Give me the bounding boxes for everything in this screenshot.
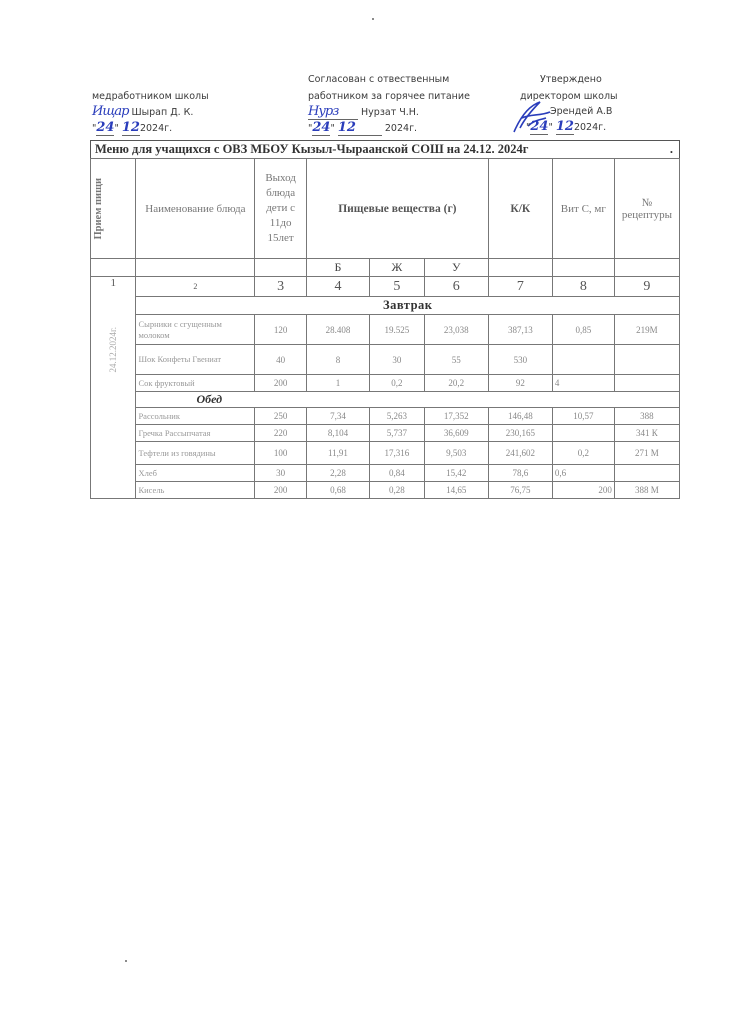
dish-recipe: 219М [614, 315, 679, 345]
column-number: 7 [488, 277, 552, 297]
dish-row: Сырники с сгущенным молоком12028.40819.5… [91, 315, 680, 345]
dish-name: Сырники с сгущенным молоком [136, 315, 255, 345]
header-recipe: № рецептуры [614, 159, 679, 259]
menu-document: Меню для учащихся с ОВЗ МБОУ Кызыл-Чыраа… [90, 140, 680, 499]
header-vit-c: Вит С, мг [552, 159, 614, 259]
dish-kcal: 78,6 [488, 465, 552, 482]
dish-protein: 8,104 [306, 425, 369, 442]
dish-vit-c: 200 [552, 482, 614, 499]
column-number: 8 [552, 277, 614, 297]
dish-recipe [614, 375, 679, 392]
dish-protein: 1 [306, 375, 369, 392]
signature: Нурз [308, 104, 358, 120]
menu-title: Меню для учащихся с ОВЗ МБОУ Кызыл-Чыраа… [90, 140, 680, 158]
column-number: 2 [136, 277, 255, 297]
column-number: 9 [614, 277, 679, 297]
signature: Ищар [92, 104, 128, 119]
dish-kcal: 530 [488, 345, 552, 375]
section-row: Завтрак [91, 297, 680, 315]
dish-output: 200 [255, 375, 307, 392]
column-number-row: 124.12.2024г.23456789 [91, 277, 680, 297]
dish-row: Рассольник2507,345,26317,352146,4810,573… [91, 408, 680, 425]
dish-fat: 30 [369, 345, 424, 375]
dish-kcal: 92 [488, 375, 552, 392]
date-month: 12 [556, 119, 574, 135]
dish-vit-c: 0,85 [552, 315, 614, 345]
dish-recipe: 388 [614, 408, 679, 425]
dish-name: Хлеб [136, 465, 255, 482]
menu-title-text: Меню для учащихся с ОВЗ МБОУ Кызыл-Чыраа… [95, 142, 528, 156]
header-fat: Ж [369, 259, 424, 277]
dish-kcal: 241,602 [488, 442, 552, 465]
date-day: 24 [96, 120, 114, 136]
dish-kcal: 387,13 [488, 315, 552, 345]
header-row: Прием пищи Наименование блюда Выход блюд… [91, 159, 680, 259]
column-number: 4 [306, 277, 369, 297]
dish-protein: 28.408 [306, 315, 369, 345]
dish-name: Кисель [136, 482, 255, 499]
dish-name: Сок фруктовый [136, 375, 255, 392]
dish-vit-c: 10,57 [552, 408, 614, 425]
dish-vit-c [552, 425, 614, 442]
dish-vit-c [552, 345, 614, 375]
dish-output: 250 [255, 408, 307, 425]
column-number: 6 [424, 277, 488, 297]
dish-protein: 2,28 [306, 465, 369, 482]
approver-name: Шырап Д. К. [131, 107, 193, 118]
dish-fat: 0,2 [369, 375, 424, 392]
dish-kcal: 230,165 [488, 425, 552, 442]
section-title: Завтрак [136, 297, 680, 315]
column-number: 124.12.2024г. [91, 277, 136, 499]
header-output: Выход блюда дети с 11до 15лет [255, 159, 307, 259]
dish-fat: 5,263 [369, 408, 424, 425]
dish-carbs: 20,2 [424, 375, 488, 392]
dish-vit-c: 0,6 [552, 465, 614, 482]
section-row: Обед [91, 392, 680, 408]
scan-speck [372, 18, 374, 20]
dish-fat: 19.525 [369, 315, 424, 345]
dish-row: Сок фруктовый20010,220,2924 [91, 375, 680, 392]
header-carbs: У [424, 259, 488, 277]
title-endmark: . [670, 141, 673, 158]
dish-fat: 5,737 [369, 425, 424, 442]
column-number: 3 [255, 277, 307, 297]
dish-protein: 7,34 [306, 408, 369, 425]
dish-row: Кисель2000,680,2814,6576,75200388 М [91, 482, 680, 499]
dish-output: 220 [255, 425, 307, 442]
dish-carbs: 55 [424, 345, 488, 375]
approval-medical: медработником школы Ищар Шырап Д. К. "24… [92, 89, 209, 136]
dish-vit-c: 0,2 [552, 442, 614, 465]
dish-carbs: 17,352 [424, 408, 488, 425]
dish-protein: 0,68 [306, 482, 369, 499]
approval-line-1: Утверждено [520, 72, 618, 87]
dish-kcal: 76,75 [488, 482, 552, 499]
dish-output: 100 [255, 442, 307, 465]
dish-fat: 17,316 [369, 442, 424, 465]
dish-carbs: 9,503 [424, 442, 488, 465]
dish-recipe [614, 465, 679, 482]
dish-vit-c: 4 [552, 375, 614, 392]
dish-name: Тефтели из говядины [136, 442, 255, 465]
date-year: 2024г. [574, 122, 606, 133]
date-year: 2024г. [140, 123, 172, 134]
menu-date-vertical: 24.12.2024г. [108, 327, 118, 372]
dish-output: 30 [255, 465, 307, 482]
approval-line-1: Согласован с отвественным [308, 72, 470, 87]
date-day: 24 [312, 120, 330, 136]
column-number: 5 [369, 277, 424, 297]
dish-carbs: 36,609 [424, 425, 488, 442]
dish-fat: 0,84 [369, 465, 424, 482]
dish-protein: 8 [306, 345, 369, 375]
dish-name: Шок Конфеты Гвениат [136, 345, 255, 375]
section-title: Обед [136, 392, 680, 408]
approval-role: медработником школы [92, 89, 209, 104]
approval-director: Утверждено директором школы Эрендей А.В … [520, 72, 618, 135]
dish-output: 40 [255, 345, 307, 375]
approval-catering: Согласован с отвественным работником за … [308, 72, 470, 136]
header-kcal: К/К [488, 159, 552, 259]
header-dish-name: Наименование блюда [136, 159, 255, 259]
dish-carbs: 14,65 [424, 482, 488, 499]
header-protein: Б [306, 259, 369, 277]
menu-table: Прием пищи Наименование блюда Выход блюд… [90, 158, 680, 499]
dish-carbs: 23,038 [424, 315, 488, 345]
scan-speck [125, 960, 127, 962]
subheader-row: Б Ж У [91, 259, 680, 277]
dish-name: Рассольник [136, 408, 255, 425]
dish-carbs: 15,42 [424, 465, 488, 482]
dish-row: Гречка Рассыпчатая2208,1045,73736,609230… [91, 425, 680, 442]
date-year: 2024г. [385, 123, 417, 134]
approval-line-2: работником за горячее питание [308, 89, 470, 104]
dish-output: 200 [255, 482, 307, 499]
header-nutrients: Пищевые вещества (г) [306, 159, 488, 259]
dish-recipe: 388 М [614, 482, 679, 499]
date-day: 24 [530, 119, 548, 135]
dish-protein: 11,91 [306, 442, 369, 465]
dish-output: 120 [255, 315, 307, 345]
date-month: 12 [122, 120, 140, 136]
header-meal: Прием пищи [91, 159, 136, 259]
dish-fat: 0,28 [369, 482, 424, 499]
dish-recipe: 271 М [614, 442, 679, 465]
dish-name: Гречка Рассыпчатая [136, 425, 255, 442]
dish-row: Тефтели из говядины10011,9117,3169,50324… [91, 442, 680, 465]
dish-row: Шок Конфеты Гвениат4083055530 [91, 345, 680, 375]
dish-row: Хлеб302,280,8415,4278,60,6 [91, 465, 680, 482]
approver-name: Эрендей А.В [550, 106, 612, 117]
dish-recipe: 341 К [614, 425, 679, 442]
dish-recipe [614, 345, 679, 375]
date-month: 12 [338, 120, 382, 136]
dish-kcal: 146,48 [488, 408, 552, 425]
approver-name: Нурзат Ч.Н. [361, 107, 419, 118]
